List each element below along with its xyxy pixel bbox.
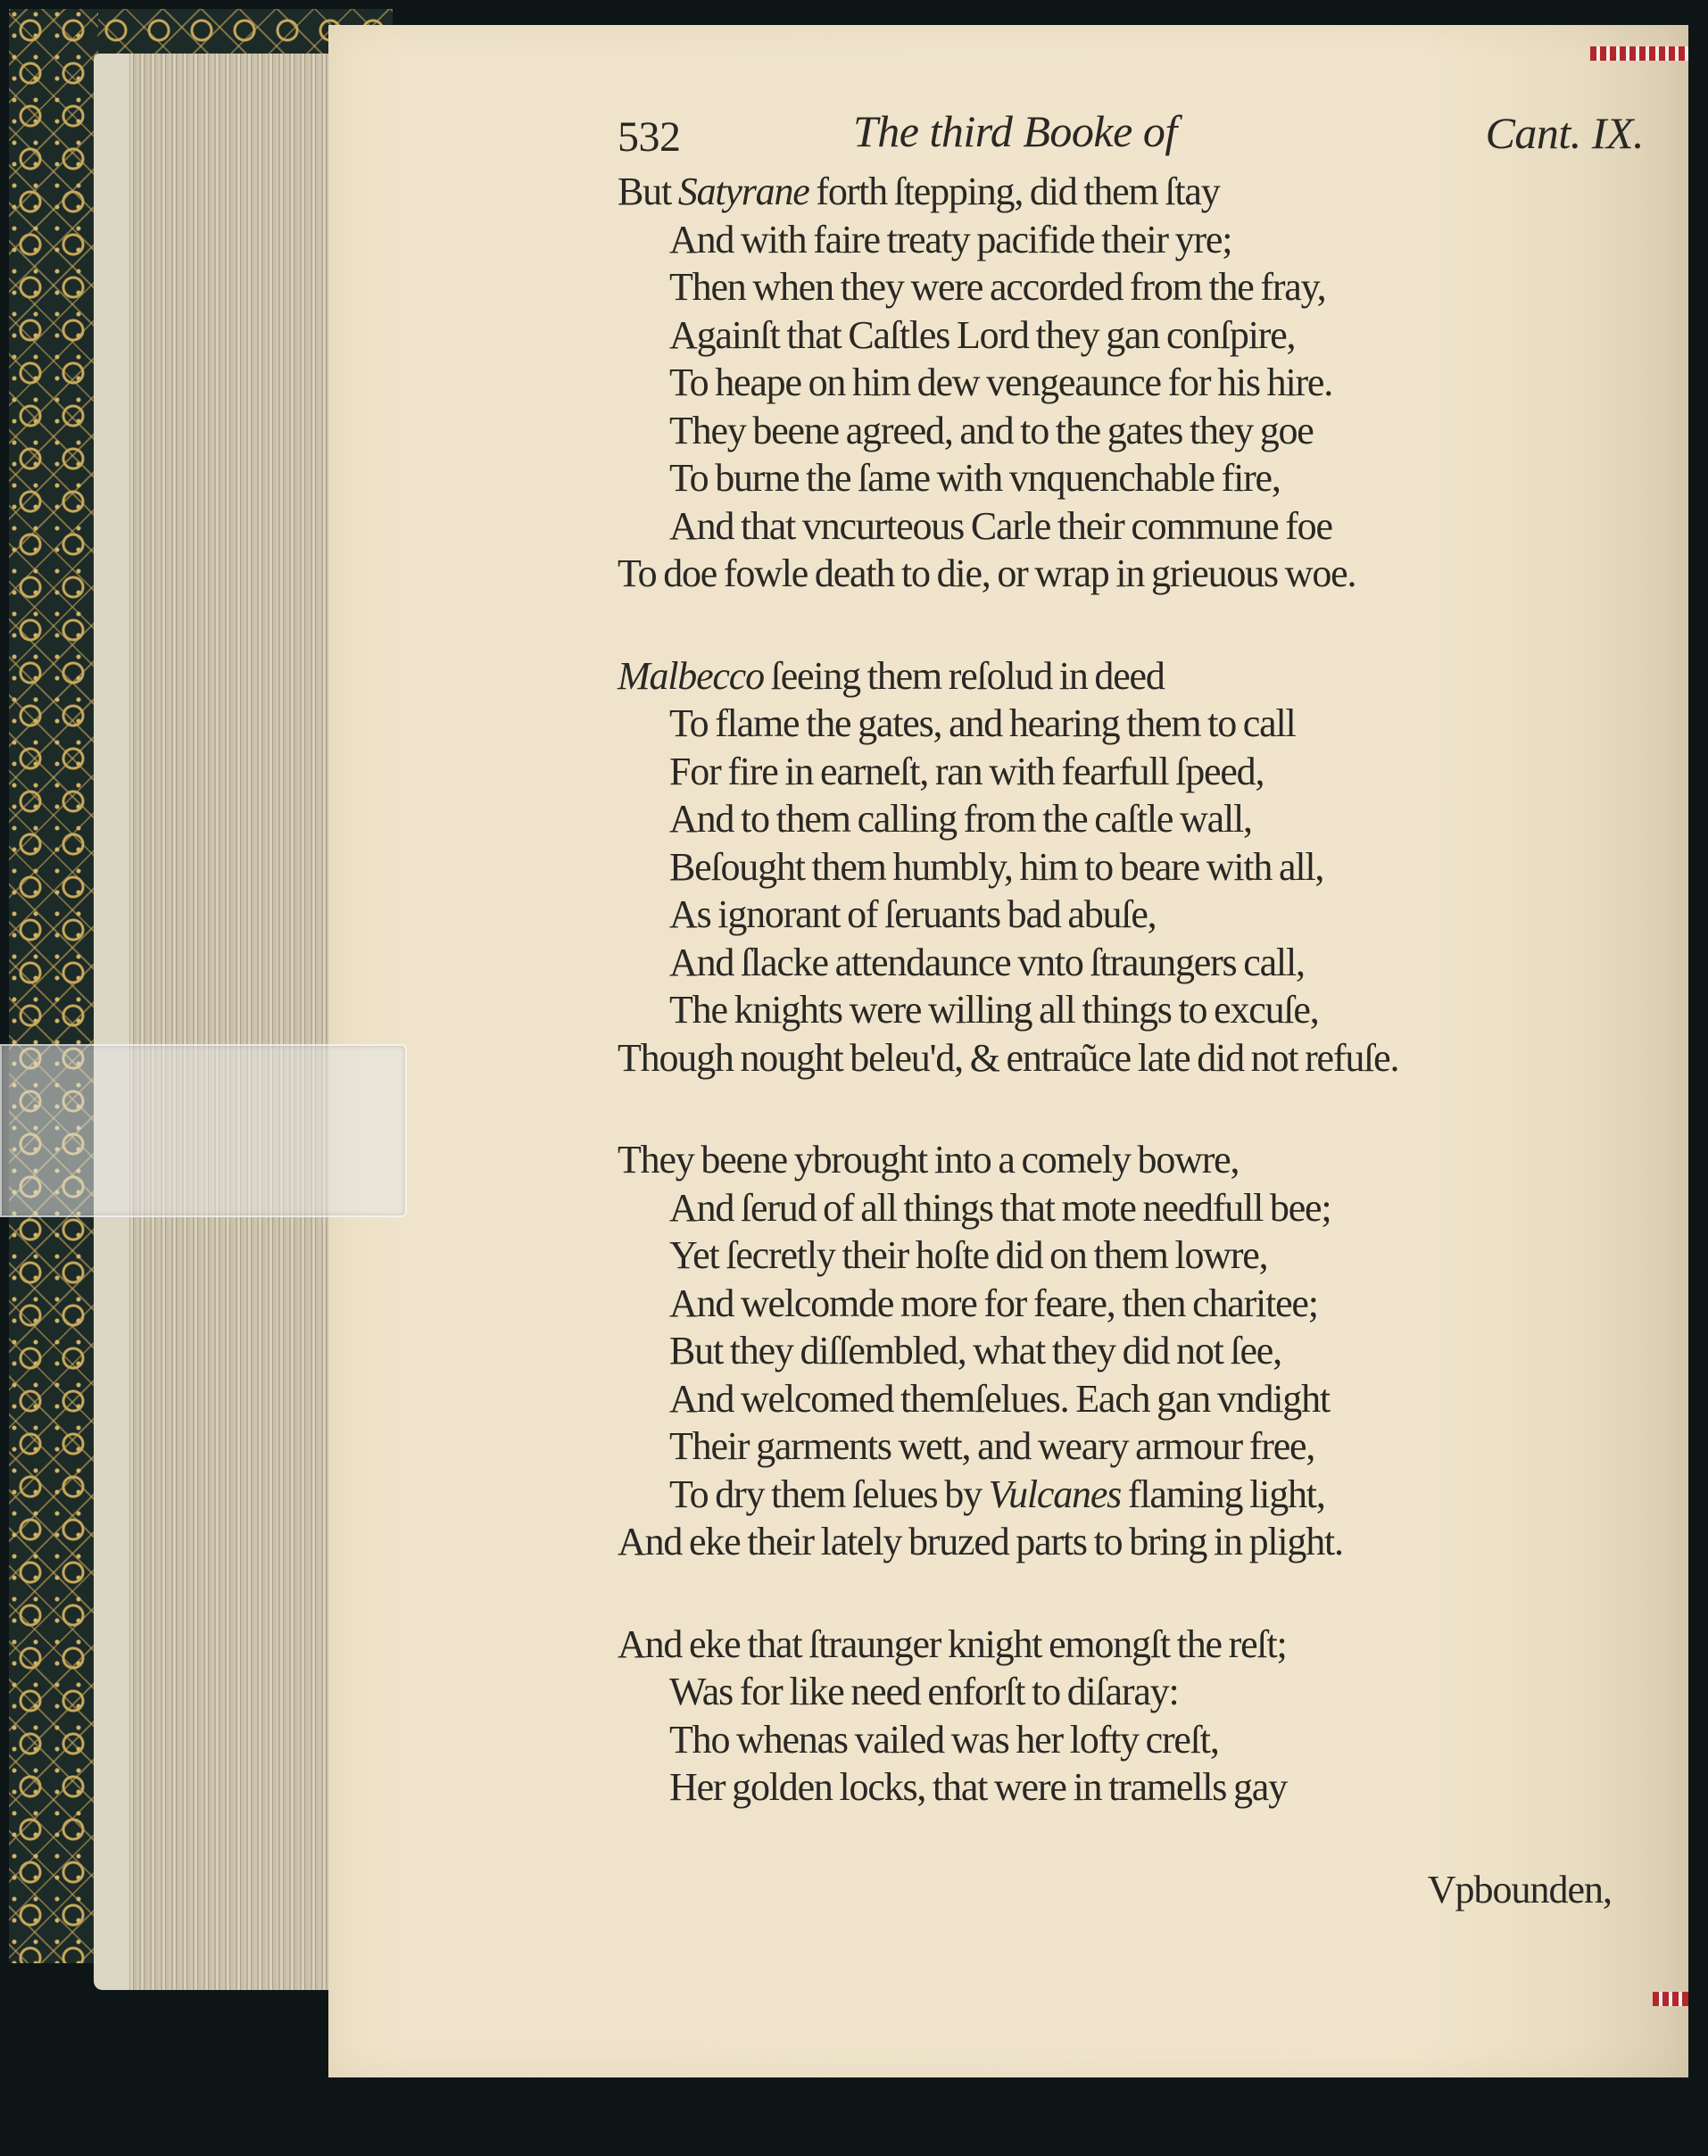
acrylic-page-holder [0,1044,407,1217]
page-number: 532 [618,112,681,162]
verse-line: They beene agreed, and to the gates they… [618,407,1644,455]
verse-text: Was for like need enforſt to diſaray: [669,1670,1179,1713]
stanza: They beene ybrought into a comely bowre,… [618,1136,1644,1566]
verse-line: To burne the ſame with vnquenchable fire… [618,454,1644,502]
verse-line: And ſerud of all things that mote needfu… [618,1184,1644,1232]
verse-line: And that vncurteous Carle their commune … [618,502,1644,551]
verse-line: To dry them ſelues by Vulcanes flaming l… [618,1471,1644,1519]
italic-proper-name: Malbecco [618,654,764,698]
verse-line: To doe fowle death to die, or wrap in gr… [618,550,1644,598]
verse-text: They beene agreed, and to the gates they… [669,409,1314,452]
verse-text: For fire in earneſt, ran with fearfull ſ… [669,750,1264,793]
verse-text: And welcomed themſelues. Each gan vndigh… [669,1377,1330,1421]
verse-line: And welcomde more for feare, then charit… [618,1280,1644,1328]
verse-line: Againſt that Caſtles Lord they gan conſp… [618,311,1644,360]
book-title: The third Booke of [853,105,1177,157]
text-block: 532 The third Booke of Cant. IX. But Sat… [618,105,1644,1913]
verse-text: Her golden locks, that were in tramells … [669,1765,1287,1809]
headband-top [1590,46,1688,61]
verse-text: To burne the ſame with vnquenchable fire… [669,456,1281,500]
verse-text: They beene ybrought into a comely bowre, [618,1138,1239,1182]
verse-line: And eke their lately bruzed parts to bri… [618,1518,1644,1566]
canto-number: Cant. IX. [1486,107,1644,159]
verse-text: ſeeing them reſolud in deed [764,654,1165,698]
stanza: Malbecco ſeeing them reſolud in deedTo f… [618,652,1644,1082]
verse-line: The knights were willing all things to e… [618,986,1644,1034]
verse-line: For fire in earneſt, ran with fearfull ſ… [618,748,1644,796]
verse-line: Beſought them humbly, him to beare with … [618,843,1644,891]
running-head: 532 The third Booke of Cant. IX. [618,105,1644,168]
verse-line: As ignorant of ſeruants bad abuſe, [618,891,1644,939]
verse-line: They beene ybrought into a comely bowre, [618,1136,1644,1184]
verse-text: Then when they were accorded from the fr… [669,265,1325,309]
verse-text: forth ſtepping, did them ſtay [809,170,1220,213]
verse-text: And eke their lately bruzed parts to bri… [618,1520,1343,1563]
verse-text: And that vncurteous Carle their commune … [669,504,1332,548]
stanza: But Satyrane forth ſtepping, did them ſt… [618,168,1644,598]
gilt-leather-cover [9,9,98,1963]
italic-proper-name: Satyrane [678,170,809,213]
verse-text: Yet ſecretly their hoſte did on them low… [669,1233,1267,1277]
verse-line: And to them calling from the caſtle wall… [618,795,1644,843]
poem-body: But Satyrane forth ſtepping, did them ſt… [618,168,1644,1812]
italic-proper-name: Vulcanes [989,1472,1121,1516]
verse-text: And to them calling from the caſtle wall… [669,797,1252,841]
verse-line: Malbecco ſeeing them reſolud in deed [618,652,1644,701]
verse-line: And with faire treaty pacifide their yre… [618,216,1644,264]
verse-line: Their garments wett, and weary armour fr… [618,1422,1644,1471]
verse-text: But [618,170,678,213]
verse-text: The knights were willing all things to e… [669,988,1319,1032]
page-fore-edges [94,54,361,1990]
verse-line: Tho whenas vailed was her lofty creſt, [618,1716,1644,1764]
verse-text: To doe fowle death to die, or wrap in gr… [618,551,1356,595]
verse-line: Was for like need enforſt to diſaray: [618,1668,1644,1716]
verse-text: To heape on him dew vengeaunce for his h… [669,361,1332,404]
verse-text: Tho whenas vailed was her lofty creſt, [669,1718,1219,1762]
verse-line: To heape on him dew vengeaunce for his h… [618,359,1644,407]
verse-line: Yet ſecretly their hoſte did on them low… [618,1231,1644,1280]
verse-text: But they diſſembled, what they did not ſ… [669,1329,1281,1372]
verse-text: Their garments wett, and weary armour fr… [669,1424,1314,1468]
verse-text: And ſlacke attendaunce vnto ſtraungers c… [669,941,1305,984]
verse-line: And ſlacke attendaunce vnto ſtraungers c… [618,939,1644,987]
verse-line: Her golden locks, that were in tramells … [618,1763,1644,1812]
verse-text: And with faire treaty pacifide their yre… [669,218,1231,261]
verse-line: And eke that ſtraunger knight emongſt th… [618,1621,1644,1669]
headband-bottom [1653,1992,1688,2006]
verse-text: flaming light, [1121,1472,1325,1516]
verse-text: As ignorant of ſeruants bad abuſe, [669,892,1156,936]
verse-line: And welcomed themſelues. Each gan vndigh… [618,1375,1644,1423]
verse-line: But they diſſembled, what they did not ſ… [618,1327,1644,1375]
catchword: Vpbounden, [618,1866,1644,1914]
verse-line: Then when they were accorded from the fr… [618,263,1644,311]
verse-text: To flame the gates, and hearing them to … [669,701,1296,745]
verse-text: And eke that ſtraunger knight emongſt th… [618,1622,1287,1666]
verse-text: Though nought beleu'd, & entraũce late d… [618,1036,1398,1080]
verse-text: Beſought them humbly, him to beare with … [669,845,1323,889]
verse-text: To dry them ſelues by [669,1472,989,1516]
verse-text: And welcomde more for feare, then charit… [669,1281,1318,1325]
verse-line: But Satyrane forth ſtepping, did them ſt… [618,168,1644,216]
stanza: And eke that ſtraunger knight emongſt th… [618,1621,1644,1812]
verse-text: And ſerud of all things that mote needfu… [669,1186,1331,1230]
verse-line: To flame the gates, and hearing them to … [618,700,1644,748]
verse-line: Though nought beleu'd, & entraũce late d… [618,1034,1644,1082]
verse-text: Againſt that Caſtles Lord they gan conſp… [669,313,1295,357]
